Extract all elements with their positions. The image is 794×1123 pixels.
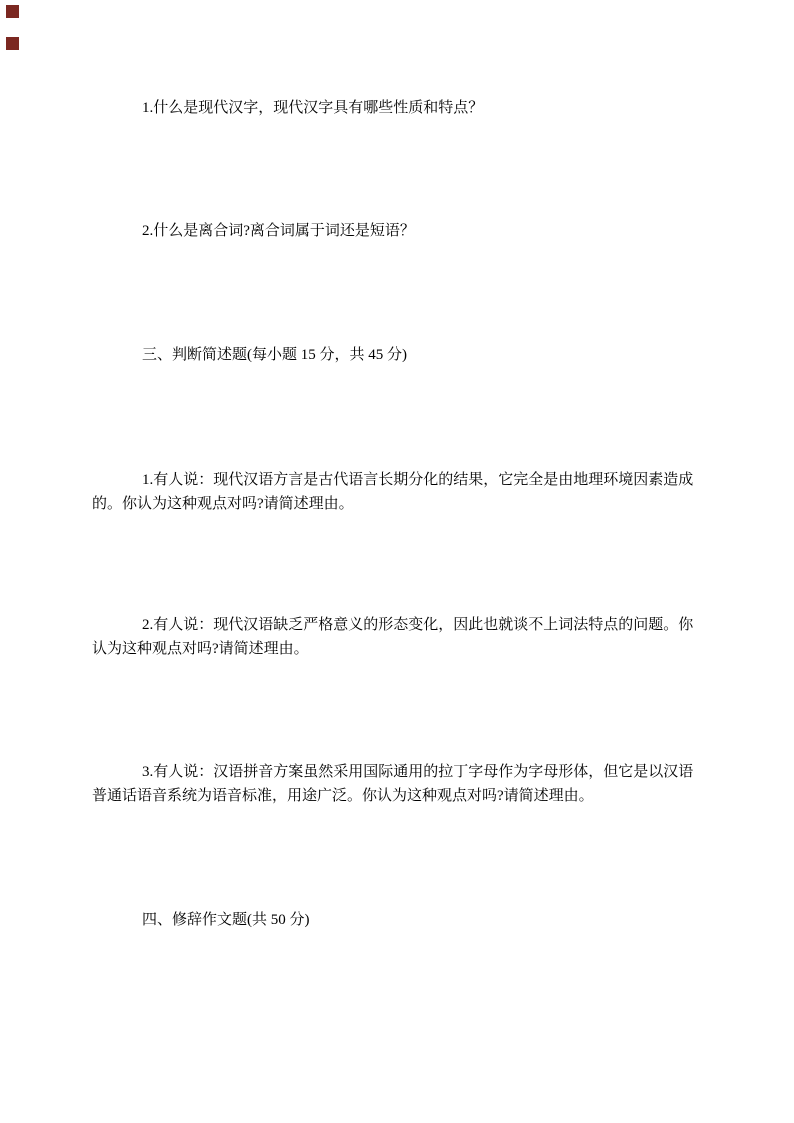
red-square-marker-icon xyxy=(6,5,19,18)
question-item-2: 2.什么是离合词?离合词属于词还是短语？ xyxy=(92,219,704,243)
red-square-marker-icon xyxy=(6,37,19,50)
question-item-1: 1.什么是现代汉字，现代汉字具有哪些性质和特点？ xyxy=(92,96,704,120)
exam-paper-page: { "page": { "background_color": "#ffffff… xyxy=(0,0,794,1123)
judge-question-3: 3.有人说：汉语拼音方案虽然采用国际通用的拉丁字母作为字母形体，但它是以汉语普通… xyxy=(92,760,704,808)
page-background: 1.什么是现代汉字，现代汉字具有哪些性质和特点？ 2.什么是离合词?离合词属于词… xyxy=(0,0,794,1123)
judge-question-1: 1.有人说：现代汉语方言是古代语言长期分化的结果，它完全是由地理环境因素造成的。… xyxy=(92,468,704,516)
section-heading-three: 三、判断简述题(每小题 15 分，共 45 分) xyxy=(92,343,704,367)
judge-question-2: 2.有人说：现代汉语缺乏严格意义的形态变化，因此也就谈不上词法特点的问题。你认为… xyxy=(92,613,704,661)
section-heading-four: 四、修辞作文题(共 50 分) xyxy=(92,908,704,932)
exam-body: 1.什么是现代汉字，现代汉字具有哪些性质和特点？ 2.什么是离合词?离合词属于词… xyxy=(92,0,704,932)
